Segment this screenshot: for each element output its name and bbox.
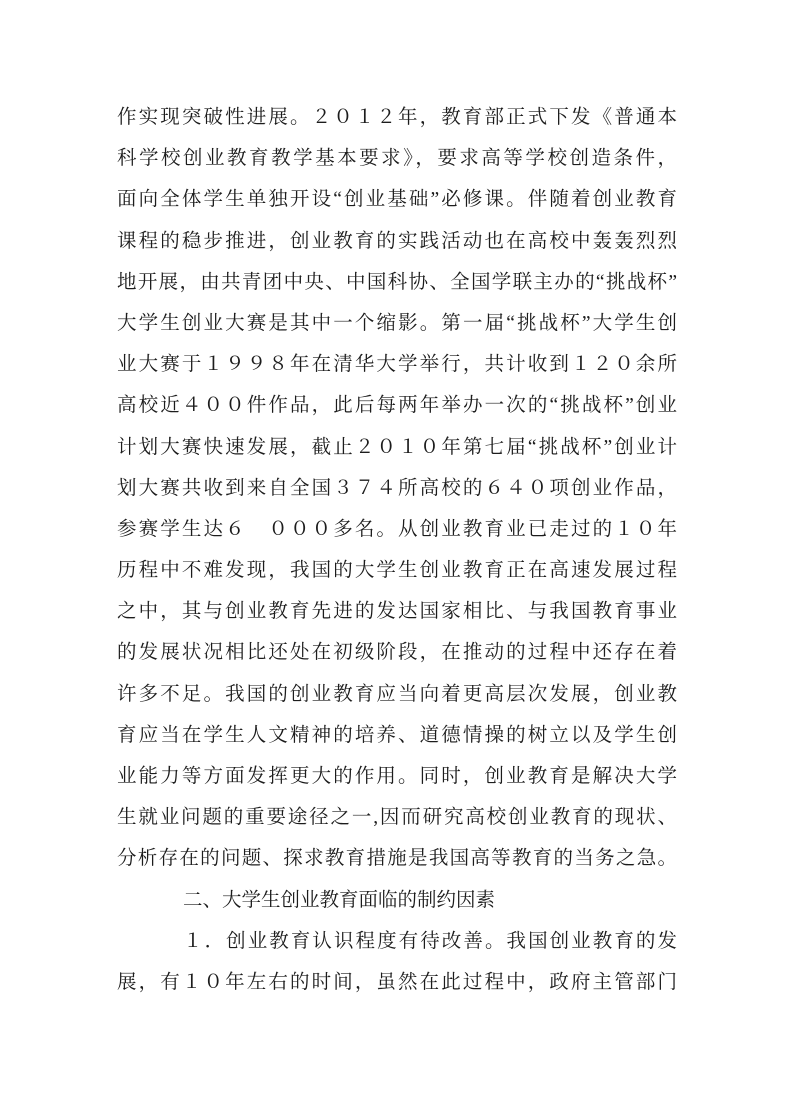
paragraph-line: 业能力等方面发挥更大的作用。同时，创业教育是解决大学 bbox=[117, 756, 677, 797]
paragraph-line: 地开展，由共青团中央、中国科协、全国学联主办的“挑战杯” bbox=[117, 262, 677, 303]
paragraph-line: 分析存在的问题、探求教育措施是我国高等教育的当务之急。 bbox=[117, 838, 677, 879]
paragraph-line: 历程中不难发现，我国的大学生创业教育正在高速发展过程 bbox=[117, 550, 677, 591]
paragraph-line: 作实现突破性进展。２０１２年，教育部正式下发《普通本 bbox=[117, 97, 677, 138]
paragraph-line: 许多不足。我国的创业教育应当向着更高层次发展，创业教 bbox=[117, 674, 677, 715]
section-heading: 二、大学生创业教育面临的制约因素 bbox=[117, 880, 677, 921]
document-page: 作实现突破性进展。２０１２年，教育部正式下发《普通本 科学校创业教育教学基本要求… bbox=[0, 0, 792, 1120]
paragraph-line: 大学生创业大赛是其中一个缩影。第一届“挑战杯”大学生创 bbox=[117, 303, 677, 344]
paragraph-line: 课程的稳步推进，创业教育的实践活动也在高校中轰轰烈烈 bbox=[117, 221, 677, 262]
paragraph-line: 之中，其与创业教育先进的发达国家相比、与我国教育事业 bbox=[117, 591, 677, 632]
paragraph-line: 科学校创业教育教学基本要求》，要求高等学校创造条件， bbox=[117, 138, 677, 179]
paragraph-line: 计划大赛快速发展，截止２０１０年第七届“挑战杯”创业计 bbox=[117, 427, 677, 468]
paragraph-line: 育应当在学生人文精神的培养、道德情操的树立以及学生创 bbox=[117, 715, 677, 756]
paragraph-line: 生就业问题的重要途径之一,因而研究高校创业教育的现状、 bbox=[117, 797, 677, 838]
paragraph-line: 面向全体学生单独开设“创业基础”必修课。伴随着创业教育 bbox=[117, 179, 677, 220]
paragraph-line: 展，有１０年左右的时间，虽然在此过程中，政府主管部门 bbox=[117, 962, 677, 1003]
paragraph-line: 的发展状况相比还处在初级阶段，在推动的过程中还存在着 bbox=[117, 632, 677, 673]
body-text-block: 作实现突破性进展。２０１２年，教育部正式下发《普通本 科学校创业教育教学基本要求… bbox=[117, 97, 677, 1003]
paragraph-line: 业大赛于１９９８年在清华大学举行，共计收到１２０余所 bbox=[117, 344, 677, 385]
paragraph-line: 高校近４００件作品，此后每两年举办一次的“挑战杯”创业 bbox=[117, 385, 677, 426]
paragraph-line: 参赛学生达６ ０００多名。从创业教育业已走过的１０年 bbox=[117, 509, 677, 550]
paragraph-line: 划大赛共收到来自全国３７４所高校的６４０项创业作品， bbox=[117, 468, 677, 509]
paragraph-line: １．创业教育认识程度有待改善。我国创业教育的发 bbox=[117, 921, 677, 962]
